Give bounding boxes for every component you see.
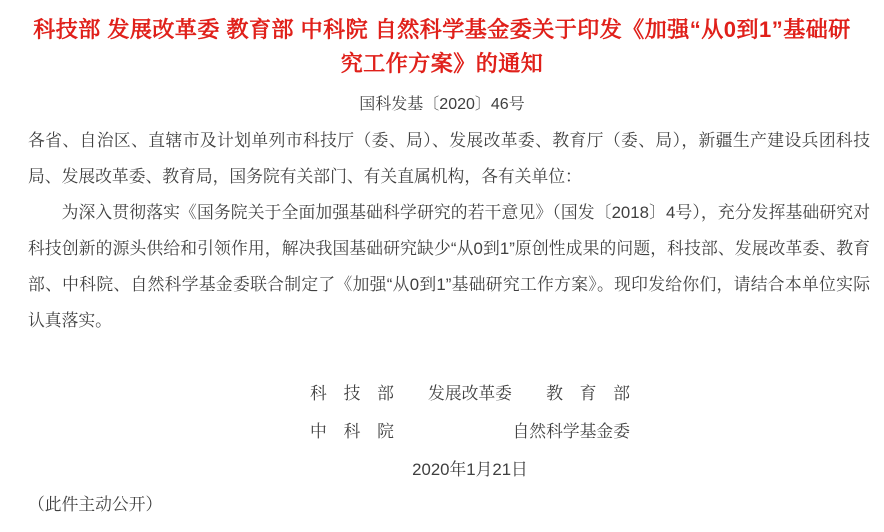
document-title: 科技部 发展改革委 教育部 中科院 自然科学基金委关于印发《加强“从0到1”基础…	[0, 0, 884, 81]
public-disclosure-note: （此件主动公开）	[28, 493, 884, 517]
signatory-most: 科 技 部	[310, 375, 394, 413]
document-title-line2: 究工作方案》的通知	[0, 47, 884, 81]
signature-date: 2020年1月21日	[310, 451, 630, 488]
body-paragraph: 为深入贯彻落实《国务院关于全面加强基础科学研究的若干意见》（国发〔2018〕4号…	[28, 195, 870, 339]
signature-block: 科 技 部 发展改革委 教 育 部 中 科 院 自然科学基金委 2020年1月2…	[310, 375, 630, 488]
salutation-paragraph: 各省、自治区、直辖市及计划单列市科技厅（委、局）、发展改革委、教育厅（委、局），…	[28, 123, 870, 195]
signature-row-2: 中 科 院 自然科学基金委	[310, 413, 630, 451]
signatory-nsfc: 自然科学基金委	[513, 413, 630, 451]
document-page: 科技部 发展改革委 教育部 中科院 自然科学基金委关于印发《加强“从0到1”基础…	[0, 0, 884, 532]
signature-row-1: 科 技 部 发展改革委 教 育 部	[310, 375, 630, 413]
signatory-moe: 教 育 部	[546, 375, 630, 413]
document-title-line1: 科技部 发展改革委 教育部 中科院 自然科学基金委关于印发《加强“从0到1”基础…	[0, 13, 884, 47]
document-body: 各省、自治区、直辖市及计划单列市科技厅（委、局）、发展改革委、教育厅（委、局），…	[28, 123, 870, 339]
signatory-cas: 中 科 院	[310, 413, 394, 451]
document-number: 国科发基〔2020〕46号	[0, 94, 884, 116]
signatory-ndrc: 发展改革委	[428, 375, 512, 413]
